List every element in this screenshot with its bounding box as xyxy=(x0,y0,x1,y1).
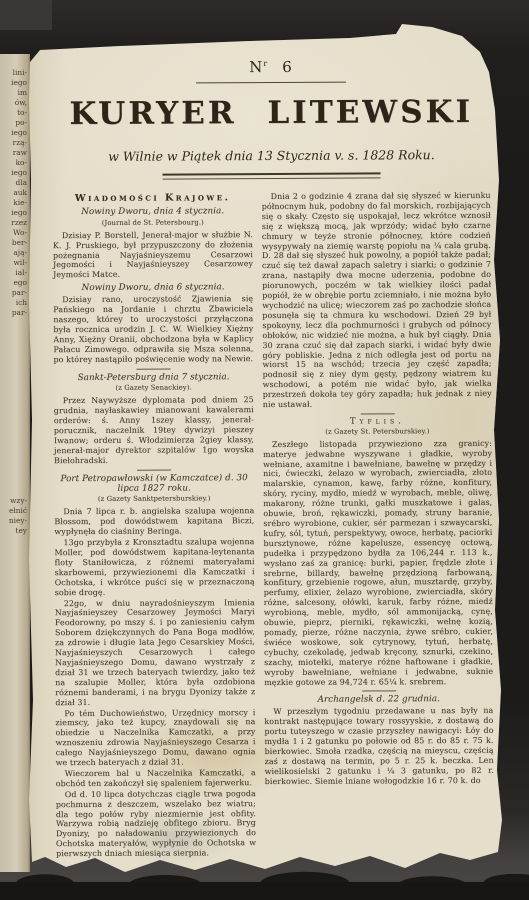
fragment-group-top: lini-iegoimów,to-po-iegorzą-rawko-iegodl… xyxy=(0,54,30,318)
double-rule xyxy=(163,172,381,179)
issue-number: Nr6 xyxy=(52,57,490,77)
article-subhead: Nowiny Dworu, dnia 6 stycznia. xyxy=(53,283,253,294)
source-line: (z Gazety St. Petersburskiey.) xyxy=(263,427,492,438)
page-fragment: im xyxy=(0,88,30,98)
page-fragment: ko- xyxy=(0,158,30,168)
page-fragment: iego xyxy=(0,128,30,138)
page-fragment: dla xyxy=(0,178,30,188)
section-rule xyxy=(137,469,171,470)
source-line: (z Gazety Senackiey). xyxy=(54,384,254,395)
article-paragraph: 22go, w dniu nayradośnieyszym Imienia Na… xyxy=(55,598,256,708)
page-fragment: iego xyxy=(0,208,30,218)
page-fragment: auk xyxy=(0,188,30,198)
article-paragraph: Dzisiay P. Borstell, Jenerał-major w słu… xyxy=(53,230,253,281)
page-fragment: wil- xyxy=(0,258,30,268)
page-fragment: iego xyxy=(0,78,30,88)
page-fragment: ber- xyxy=(0,238,30,248)
corner-shade xyxy=(0,0,52,30)
section-rule xyxy=(362,691,396,692)
article-paragraph: Zeszłego listopada przywieziono zza gran… xyxy=(263,439,493,688)
page-fragment: par- xyxy=(0,288,30,298)
article-paragraph: Wieczorem bal u Naczelnika Kamczatki, a … xyxy=(56,768,256,789)
page-content: Nr6 KURYER LITEWSKI w Wilnie w Piątek dn… xyxy=(52,45,494,860)
column-left: Wiadomości Krajowe.Nowiny Dworu, dnia 4 … xyxy=(53,192,256,860)
source-line: (z Gazety Sanktpetersburskiey.) xyxy=(54,495,254,506)
bottom-silhouette xyxy=(0,882,529,900)
masthead: Nr6 KURYER LITEWSKI w Wilnie w Piątek dn… xyxy=(52,57,491,180)
page-fragment: lini- xyxy=(0,68,30,78)
page-fragment: to- xyxy=(0,108,30,118)
article-paragraph: 13go przybyła z Kronsztadtu szalupa woje… xyxy=(54,537,254,597)
article-paragraph: Dzisiay rano, uroczystość Zjawienia się … xyxy=(53,294,253,364)
section-header: Wiadomości Krajowe. xyxy=(53,193,253,204)
page-fragment: ełnić xyxy=(0,506,30,516)
source-line: (Journal de St. Petersbourg.) xyxy=(53,218,253,229)
article-paragraph: W przeszłym tygodniu przedawane u nas by… xyxy=(264,706,493,786)
section-rule xyxy=(360,413,394,414)
article-subhead: Sankt-Petersburg dnia 7 stycznia. xyxy=(54,373,254,384)
page-fragment: raw xyxy=(0,148,30,158)
page-fragment: wzy- xyxy=(0,496,30,506)
page-fragment: ają- xyxy=(0,248,30,258)
article-paragraph: Dnia 7 lipca r. b. angielska szalupa woj… xyxy=(54,506,254,537)
article-paragraph: Dnia 2 o godzinie 4 zrana dał się słysze… xyxy=(262,191,492,410)
page-fragment: niey- xyxy=(0,516,30,526)
article-paragraph: Od d. 10 lipca dotychczas ciągle trwa po… xyxy=(56,789,256,859)
page-fragment: ów, xyxy=(0,98,30,108)
page-fragment: ial- xyxy=(0,268,30,278)
page-fragment: rzą- xyxy=(0,138,30,148)
article-paragraph: Po tém Duchowieństwo, Urzędnicy morscy i… xyxy=(55,708,255,768)
page-fragment: par- xyxy=(0,308,30,318)
article-subhead: Port Petropawłowski (w Kamczatce) d. 30 … xyxy=(54,474,254,495)
article-paragraph: Przez Naywyższe dyplomata pod dniem 25 g… xyxy=(54,395,254,465)
page-fragment: iego xyxy=(0,168,30,178)
text-columns: Wiadomości Krajowe.Nowiny Dworu, dnia 4 … xyxy=(53,191,494,860)
article-subhead: Archangelsk d. 22 grudnia. xyxy=(264,695,493,706)
column-right: Dnia 2 o godzinie 4 zrana dał się słysze… xyxy=(262,191,494,859)
page-fragment: po- xyxy=(0,118,30,128)
neighbor-page-edge: lini-iegoimów,to-po-iegorzą-rawko-iegodl… xyxy=(0,54,30,872)
newspaper-title: KURYER LITEWSKI xyxy=(52,94,490,132)
fragment-group-lower: wzy-ełnićniey-tey xyxy=(0,318,30,536)
dateline: w Wilnie w Piątek dnia 13 Stycznia v. s.… xyxy=(52,147,490,164)
page-fragment: ego xyxy=(0,278,30,288)
article-subhead: Nowiny Dworu, dnia 4 stycznia. xyxy=(53,207,253,218)
page-fragment: kie- xyxy=(0,198,30,208)
page-fragment: tey xyxy=(0,526,30,536)
page-fragment: ich xyxy=(0,298,30,308)
page-fragment: rzez xyxy=(0,218,30,228)
masthead-rule xyxy=(196,82,346,84)
page-fragment: Wo- xyxy=(0,228,30,238)
section-rule xyxy=(137,368,171,369)
